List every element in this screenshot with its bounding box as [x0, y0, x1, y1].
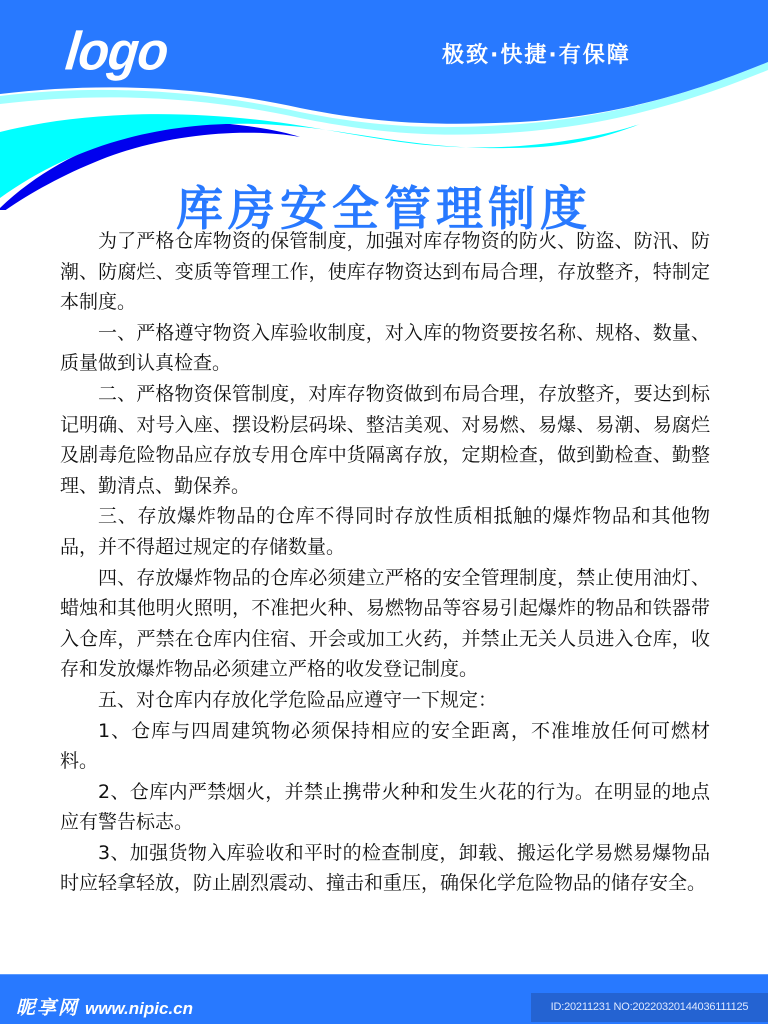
brand-url: www.nipic.cn [85, 999, 193, 1018]
rule-2-paragraph: 二、严格物资保管制度，对库存物资做到布局合理，存放整齐，要达到标记明确、对号入座… [60, 379, 710, 501]
rule-5-item-1: 1、仓库与四周建筑物必须保持相应的安全距离，不准堆放任何可燃材料。 [60, 716, 710, 777]
rule-3-paragraph: 三、存放爆炸物品的仓库不得同时存放性质相抵触的爆炸物品和其他物品，并不得超过规定… [60, 501, 710, 562]
rule-5-item-3: 3、加强货物入库验收和平时的检查制度，卸载、搬运化学易燃易爆物品时应轻拿轻放，防… [60, 838, 710, 899]
slogan: 极致·快捷·有保障 [442, 40, 631, 72]
image-id-label: ID:20211231 NO:20220320144036111125 [531, 993, 768, 1022]
footer-bar: 昵享网www.nipic.cn ID:20211231 NO:202203201… [0, 974, 768, 1024]
logo: logo [63, 24, 170, 78]
document-body: 为了严格仓库物资的保管制度，加强对库存物资的防火、防盗、防汛、防潮、防腐烂、变质… [60, 226, 710, 899]
intro-paragraph: 为了严格仓库物资的保管制度，加强对库存物资的防火、防盗、防汛、防潮、防腐烂、变质… [60, 226, 710, 318]
rule-1-paragraph: 一、严格遵守物资入库验收制度，对入库的物资要按名称、规格、数量、质量做到认真检查… [60, 318, 710, 379]
rule-5-paragraph: 五、对仓库内存放化学危险品应遵守一下规定： [60, 685, 710, 716]
brand-name: 昵享网 [16, 997, 79, 1019]
rule-4-paragraph: 四、存放爆炸物品的仓库必须建立严格的安全管理制度，禁止使用油灯、蜡烛和其他明火照… [60, 563, 710, 685]
rule-5-item-2: 2、仓库内严禁烟火，并禁止携带火种和发生火花的行为。在明显的地点应有警告标志。 [60, 777, 710, 838]
watermark-brand: 昵享网www.nipic.cn [16, 993, 193, 1020]
